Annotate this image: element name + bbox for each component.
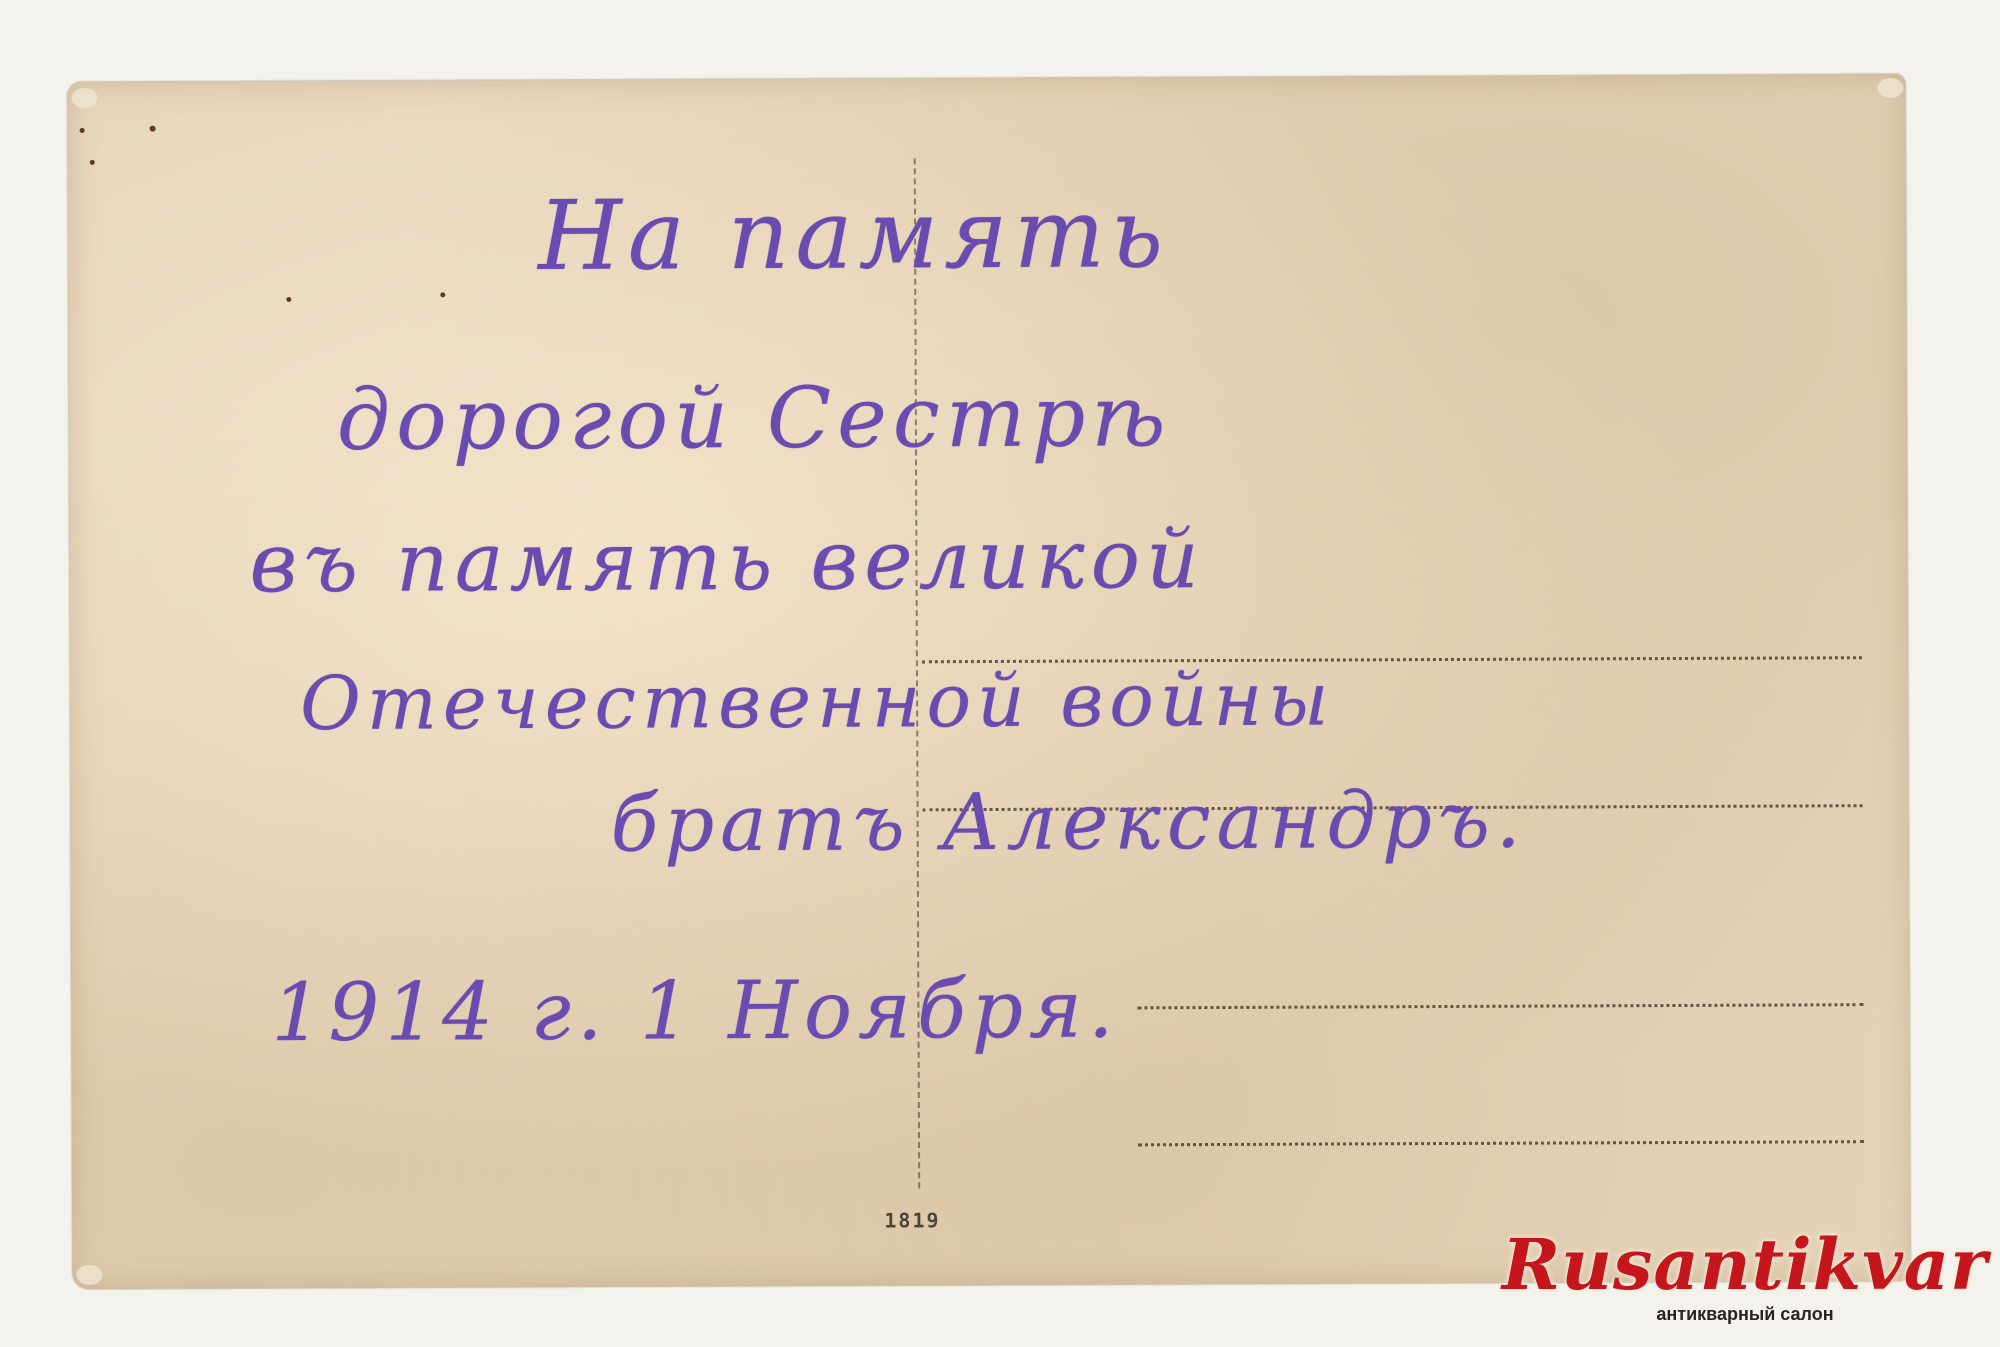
foxing-spot — [90, 160, 95, 165]
foxing-spot — [150, 126, 156, 132]
address-line-4 — [1138, 1140, 1864, 1146]
handwritten-date: 1914 г. 1 Ноября. — [271, 962, 1119, 1059]
signature: братъ Александръ. — [610, 776, 1526, 870]
corner-crease — [1877, 78, 1903, 98]
brand-subtitle: антикварный салон — [1490, 1304, 2000, 1325]
printed-number: 1819 — [884, 1208, 940, 1232]
watermark-logo: Rusantikvar антикварный салон — [1490, 1230, 2000, 1325]
postcard-back: На память дорогой Сестрѣ въ память велик… — [67, 74, 1910, 1289]
corner-crease — [77, 1265, 103, 1285]
handwriting-line-3: въ память великой — [249, 512, 1205, 611]
corner-crease — [71, 88, 97, 108]
address-line-3 — [1137, 1003, 1863, 1009]
foxing-spot — [80, 128, 85, 133]
brand-name: Rusantikvar — [1490, 1230, 2000, 1300]
handwriting-line-2: дорогой Сестрѣ — [337, 367, 1172, 469]
handwriting-line-1: На память — [538, 177, 1169, 292]
handwriting-line-4: Отечественной войны — [300, 656, 1335, 747]
foxing-spot — [286, 297, 291, 302]
foxing-spot — [440, 292, 445, 297]
